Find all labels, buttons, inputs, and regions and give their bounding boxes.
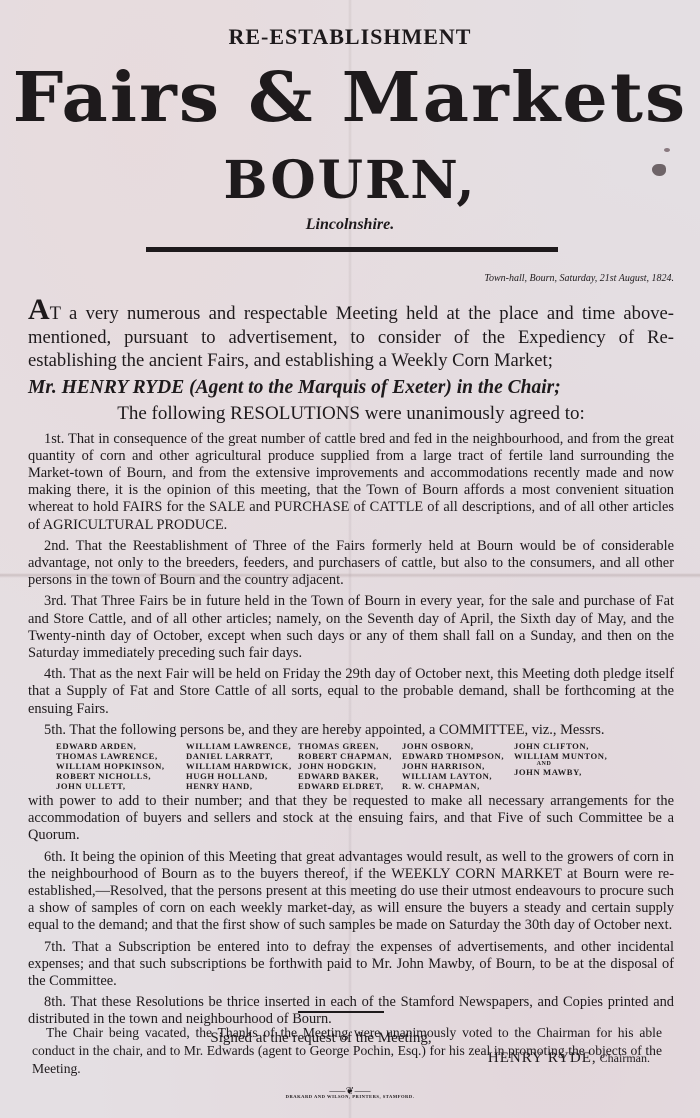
committee-list: EDWARD ARDEN, THOMAS LAWRENCE, WILLIAM H…: [56, 741, 674, 791]
resolution-text: That Three Fairs be in future held in th…: [28, 593, 674, 661]
heading-pre: The following: [117, 403, 230, 424]
resolution-6: 6th. It being the opinion of this Meetin…: [28, 849, 674, 935]
committee-column: EDWARD ARDEN, THOMAS LAWRENCE, WILLIAM H…: [56, 741, 186, 791]
resolution-text: That a Subscription be entered into to d…: [28, 939, 674, 989]
committee-member: JOHN OSBORN,: [402, 741, 514, 751]
resolution-text: It being the opinion of this Meeting tha…: [28, 849, 674, 934]
document-body: AT a very numerous and respectable Meeti…: [28, 282, 674, 1068]
committee-member: JOHN ULLETT,: [56, 781, 186, 791]
committee-member: ROBERT NICHOLLS,: [56, 771, 186, 781]
county-name: Lincolnshire.: [0, 216, 700, 234]
resolution-1: 1st. That in consequence of the great nu…: [28, 431, 674, 534]
committee-member: DANIEL LARRATT,: [186, 751, 298, 761]
committee-member: EDWARD ARDEN,: [56, 741, 186, 751]
resolution-label: 7th.: [44, 939, 66, 955]
committee-member: THOMAS GREEN,: [298, 741, 402, 751]
resolution-text: That the following persons be, and they …: [69, 722, 604, 738]
committee-member: EDWARD ELDRET,: [298, 781, 402, 791]
resolution-7: 7th. That a Subscription be entered into…: [28, 939, 674, 991]
committee-member: JOHN CLIFTON,: [514, 741, 614, 751]
resolution-label: 8th.: [44, 994, 66, 1010]
committee-member: EDWARD THOMPSON,: [402, 751, 514, 761]
committee-member: EDWARD BAKER,: [298, 771, 402, 781]
printer-imprint: DRAKARD AND WILSON, PRINTERS, STAMFORD.: [0, 1094, 700, 1099]
resolution-5-continuation: with power to add to their number; and t…: [28, 793, 674, 845]
committee-column: THOMAS GREEN, ROBERT CHAPMAN, JOHN HODGK…: [298, 741, 402, 791]
committee-member: R. W. CHAPMAN,: [402, 781, 514, 791]
heading-caps: RESOLUTIONS: [230, 403, 360, 424]
resolution-label: 1st.: [44, 431, 64, 447]
kicker-heading: RE-ESTABLISHMENT: [0, 24, 700, 50]
committee-member: JOHN MAWBY,: [514, 767, 614, 777]
committee-member: WILLIAM LAWRENCE,: [186, 741, 298, 751]
resolution-label: 6th.: [44, 849, 66, 865]
closing-paragraph: The Chair being vacated, the Thanks of t…: [32, 1024, 662, 1078]
resolution-4: 4th. That as the next Fair will be held …: [28, 666, 674, 718]
resolution-3: 3rd. That Three Fairs be in future held …: [28, 593, 674, 662]
committee-member: WILLIAM LAYTON,: [402, 771, 514, 781]
resolution-label: 5th.: [44, 722, 66, 738]
committee-member: JOHN HARRISON,: [402, 761, 514, 771]
main-title: Fairs & Markets: [0, 58, 700, 138]
chair-line: Mr. HENRY RYDE (Agent to the Marquis of …: [28, 375, 674, 401]
committee-member: WILLIAM MUNTON,: [514, 751, 614, 761]
intro-text: T a very numerous and respectable Meetin…: [28, 303, 674, 371]
resolution-5: 5th. That the following persons be, and …: [28, 722, 674, 739]
committee-column: JOHN CLIFTON, WILLIAM MUNTON, AND JOHN M…: [514, 741, 614, 791]
place-name: BOURN,: [0, 150, 700, 211]
intro-paragraph: AT a very numerous and respectable Meeti…: [28, 300, 674, 373]
resolutions-heading: The following RESOLUTIONS were unanimous…: [28, 401, 674, 427]
committee-member: HENRY HAND,: [186, 781, 298, 791]
committee-member: WILLIAM HARDWICK,: [186, 761, 298, 771]
committee-member: WILLIAM HOPKINSON,: [56, 761, 186, 771]
closing-divider: [298, 1011, 384, 1013]
committee-member: ROBERT CHAPMAN,: [298, 751, 402, 761]
drop-cap: A: [28, 293, 50, 326]
committee-column: JOHN OSBORN, EDWARD THOMPSON, JOHN HARRI…: [402, 741, 514, 791]
resolution-label: 4th.: [44, 666, 66, 682]
resolution-text: That as the next Fair will be held on Fr…: [28, 666, 674, 716]
resolution-text: That the Reestablishment of Three of the…: [28, 538, 674, 588]
committee-member: HUGH HOLLAND,: [186, 771, 298, 781]
committee-member: JOHN HODGKIN,: [298, 761, 402, 771]
committee-column: WILLIAM LAWRENCE, DANIEL LARRATT, WILLIA…: [186, 741, 298, 791]
resolution-label: 2nd.: [44, 538, 69, 554]
resolution-label: 3rd.: [44, 593, 67, 609]
broadside-poster: RE-ESTABLISHMENT Fairs & Markets BOURN, …: [0, 0, 700, 1118]
resolution-text: That in consequence of the great number …: [28, 431, 674, 533]
committee-member: THOMAS LAWRENCE,: [56, 751, 186, 761]
heading-post: were unanimously agreed to:: [360, 403, 585, 424]
resolution-2: 2nd. That the Reestablishment of Three o…: [28, 538, 674, 590]
header-divider: [146, 247, 558, 252]
